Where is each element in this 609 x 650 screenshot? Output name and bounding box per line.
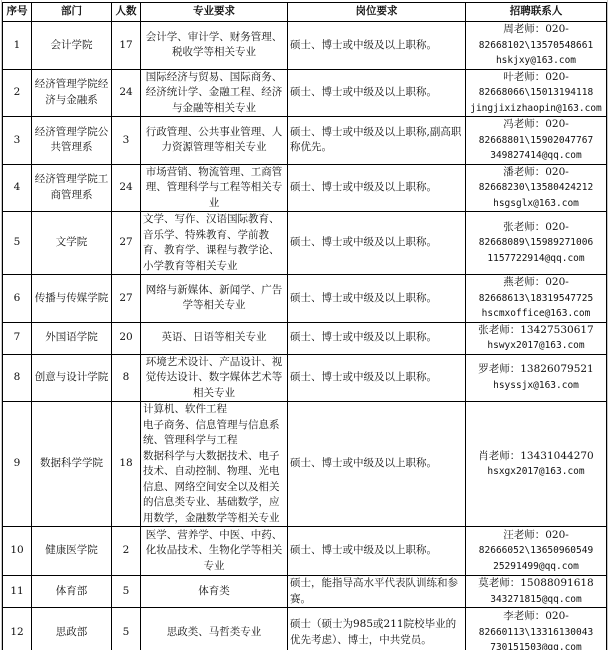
header-position: 岗位要求	[288, 3, 466, 22]
contact-name: 罗老师：13826079521	[468, 362, 604, 378]
cell-dept: 传播与传媒学院	[32, 275, 112, 323]
cell-contact: 张老师：13427530617 hswyx2017@163.com	[466, 322, 607, 354]
cell-contact: 李老师：020- 82660113\13316130043 730151503@…	[466, 608, 607, 650]
table-row: 7 外国语学院 20 英语、日语等相关专业 硕士、博士或中级及以上职称。 张老师…	[3, 322, 607, 354]
contact-phone: 82668801\15902047767	[468, 133, 604, 149]
cell-position: 硕士（硕士为985或211院校毕业的优先考虑）、博士，中共党员。	[288, 608, 466, 650]
cell-count: 24	[112, 69, 141, 117]
contact-phone: 82666052\13650960549	[468, 543, 604, 559]
cell-position: 硕士、博士或中级及以上职称。	[288, 22, 466, 70]
table-row: 11 体育部 5 体育类 硕士，能指导高水平代表队训练和参赛。 莫老师：1508…	[3, 576, 607, 608]
header-contact: 招聘联系人	[466, 3, 607, 22]
cell-dept: 数据科学学院	[32, 402, 112, 527]
cell-major: 文学、写作、汉语国际教育、音乐学、特殊教育、学前教育、教育学、课程与教学论、小学…	[141, 212, 288, 275]
cell-count: 8	[112, 354, 141, 402]
contact-name: 汪老师：020-	[468, 528, 604, 544]
cell-count: 5	[112, 608, 141, 650]
table-row: 12 思政部 5 思政类、马哲类专业 硕士（硕士为985或211院校毕业的优先考…	[3, 608, 607, 650]
contact-email[interactable]: hsxgx2017@163.com	[468, 464, 604, 480]
contact-name: 叶老师：020-	[468, 70, 604, 86]
cell-position: 硕士、博士或中级及以上职称。	[288, 402, 466, 527]
contact-phone: 82668066\15013194118	[468, 85, 604, 101]
contact-email[interactable]: hswyx2017@163.com	[468, 338, 604, 354]
cell-dept: 文学院	[32, 212, 112, 275]
cell-no: 1	[3, 22, 32, 70]
cell-dept: 体育部	[32, 576, 112, 608]
contact-phone: 82668613\18319547725	[468, 291, 604, 307]
contact-name: 冯老师：020-	[468, 117, 604, 133]
cell-count: 18	[112, 402, 141, 527]
cell-position: 硕士、博士或中级及以上职称。	[288, 354, 466, 402]
cell-major: 行政管理、公共事业管理、人力资源管理等相关专业	[141, 117, 288, 165]
contact-email[interactable]: 349827414@qq.com	[468, 148, 604, 164]
cell-position: 硕士、博士或中级及以上职称。	[288, 275, 466, 323]
contact-phone: 82668230\13580424212	[468, 180, 604, 196]
cell-contact: 罗老师：13826079521 hsyssjx@163.com	[466, 354, 607, 402]
contact-email[interactable]: 25291499@qq.com	[468, 559, 604, 575]
contact-name: 张老师：13427530617	[468, 323, 604, 339]
table-row: 8 创意与设计学院 8 环境艺术设计、产品设计、视觉传达设计、数字媒体艺术等相关…	[3, 354, 607, 402]
cell-position: 硕士、博士或中级及以上职称。	[288, 164, 466, 212]
cell-dept: 外国语学院	[32, 322, 112, 354]
cell-major: 会计学、审计学、财务管理、税收学等相关专业	[141, 22, 288, 70]
major-line: 计算机、软件工程	[143, 402, 285, 418]
contact-email[interactable]: 730151503@qq.com	[468, 640, 604, 650]
header-row: 序号 部门 人数 专业要求 岗位要求 招聘联系人	[3, 3, 607, 22]
cell-no: 9	[3, 402, 32, 527]
contact-email[interactable]: hsgsglx@163.com	[468, 196, 604, 212]
major-line: 电子商务、信息管理与信息系统、管理科学与工程	[143, 418, 285, 449]
contact-name: 莫老师：15088091618	[468, 576, 604, 592]
page-right-rule	[607, 0, 608, 650]
contact-email[interactable]: 343271815@qq.com	[468, 592, 604, 608]
cell-position: 硕士，能指导高水平代表队训练和参赛。	[288, 576, 466, 608]
cell-no: 2	[3, 69, 32, 117]
cell-dept: 会计学院	[32, 22, 112, 70]
cell-count: 20	[112, 322, 141, 354]
contact-email[interactable]: jingjixizhaopin@163.com	[468, 101, 604, 117]
header-no: 序号	[3, 3, 32, 22]
contact-name: 李老师：020-	[468, 609, 604, 625]
cell-count: 27	[112, 275, 141, 323]
cell-no: 3	[3, 117, 32, 165]
cell-count: 17	[112, 22, 141, 70]
cell-dept: 思政部	[32, 608, 112, 650]
cell-position: 硕士、博士或中级及以上职称。	[288, 212, 466, 275]
contact-name: 燕老师：020-	[468, 275, 604, 291]
contact-phone: 82668102\13570548661	[468, 38, 604, 54]
cell-position: 硕士、博士或中级及以上职称,副高职称优先。	[288, 117, 466, 165]
cell-major: 体育类	[141, 576, 288, 608]
table-row: 10 健康医学院 2 医学、营养学、中医、中药、化妆品技术、生物化学等相关专业 …	[3, 527, 607, 576]
cell-dept: 创意与设计学院	[32, 354, 112, 402]
cell-major: 国际经济与贸易、国际商务、经济统计学、金融工程、经济与金融等相关专业	[141, 69, 288, 117]
contact-phone: 82660113\13316130043	[468, 625, 604, 641]
cell-major: 思政类、马哲类专业	[141, 608, 288, 650]
table-row: 4 经济管理学院工商管理系 24 市场营销、物流管理、工商管理、管理科学与工程等…	[3, 164, 607, 212]
cell-major: 市场营销、物流管理、工商管理、管理科学与工程等相关专业	[141, 164, 288, 212]
contact-name: 肖老师：13431044270	[468, 449, 604, 465]
cell-position: 硕士、博士或中级及以上职称。	[288, 527, 466, 576]
cell-no: 12	[3, 608, 32, 650]
cell-contact: 周老师：020- 82668102\13570548661 hskjxy@163…	[466, 22, 607, 70]
contact-name: 潘老师：020-	[468, 165, 604, 181]
table-row: 6 传播与传媒学院 27 网络与新媒体、新闻学、广告学等相关专业 硕士、博士或中…	[3, 275, 607, 323]
cell-contact: 燕老师：020- 82668613\18319547725 hscmxoffic…	[466, 275, 607, 323]
table-row: 9 数据科学学院 18 计算机、软件工程 电子商务、信息管理与信息系统、管理科学…	[3, 402, 607, 527]
header-dept: 部门	[32, 3, 112, 22]
table-row: 5 文学院 27 文学、写作、汉语国际教育、音乐学、特殊教育、学前教育、教育学、…	[3, 212, 607, 275]
contact-email[interactable]: hsyssjx@163.com	[468, 378, 604, 394]
contact-name: 张老师：020-	[468, 220, 604, 236]
cell-position: 硕士、博士或中级及以上职称。	[288, 322, 466, 354]
cell-contact: 叶老师：020- 82668066\15013194118 jingjixizh…	[466, 69, 607, 117]
contact-email[interactable]: hscmxoffice@163.com	[468, 306, 604, 322]
cell-contact: 张老师：020- 82668089\15989271006 1157722914…	[466, 212, 607, 275]
contact-email[interactable]: hskjxy@163.com	[468, 53, 604, 69]
table-row: 2 经济管理学院经济与金融系 24 国际经济与贸易、国际商务、经济统计学、金融工…	[3, 69, 607, 117]
cell-no: 8	[3, 354, 32, 402]
cell-dept: 健康医学院	[32, 527, 112, 576]
contact-name: 周老师：020-	[468, 22, 604, 38]
table-row: 3 经济管理学院公共管理系 3 行政管理、公共事业管理、人力资源管理等相关专业 …	[3, 117, 607, 165]
table-row: 1 会计学院 17 会计学、审计学、财务管理、税收学等相关专业 硕士、博士或中级…	[3, 22, 607, 70]
recruitment-table: 序号 部门 人数 专业要求 岗位要求 招聘联系人 1 会计学院 17 会计学、审…	[2, 2, 607, 650]
cell-contact: 莫老师：15088091618 343271815@qq.com	[466, 576, 607, 608]
cell-contact: 汪老师：020- 82666052\13650960549 25291499@q…	[466, 527, 607, 576]
cell-contact: 潘老师：020- 82668230\13580424212 hsgsglx@16…	[466, 164, 607, 212]
header-major: 专业要求	[141, 3, 288, 22]
cell-no: 11	[3, 576, 32, 608]
cell-dept: 经济管理学院工商管理系	[32, 164, 112, 212]
cell-no: 6	[3, 275, 32, 323]
cell-major: 环境艺术设计、产品设计、视觉传达设计、数字媒体艺术等相关专业	[141, 354, 288, 402]
cell-dept: 经济管理学院经济与金融系	[32, 69, 112, 117]
cell-no: 10	[3, 527, 32, 576]
cell-contact: 肖老师：13431044270 hsxgx2017@163.com	[466, 402, 607, 527]
cell-major: 网络与新媒体、新闻学、广告学等相关专业	[141, 275, 288, 323]
major-line: 数据科学与大数据技术、电子技术、自动控制、物理、光电信息、网络空间安全以及相关的…	[143, 449, 285, 527]
cell-no: 4	[3, 164, 32, 212]
cell-count: 27	[112, 212, 141, 275]
cell-count: 24	[112, 164, 141, 212]
contact-phone: 82668089\15989271006	[468, 235, 604, 251]
cell-major: 英语、日语等相关专业	[141, 322, 288, 354]
cell-no: 5	[3, 212, 32, 275]
cell-contact: 冯老师：020- 82668801\15902047767 349827414@…	[466, 117, 607, 165]
cell-no: 7	[3, 322, 32, 354]
cell-major: 医学、营养学、中医、中药、化妆品技术、生物化学等相关专业	[141, 527, 288, 576]
cell-major: 计算机、软件工程 电子商务、信息管理与信息系统、管理科学与工程 数据科学与大数据…	[141, 402, 288, 527]
cell-position: 硕士、博士或中级及以上职称。	[288, 69, 466, 117]
cell-count: 5	[112, 576, 141, 608]
cell-count: 3	[112, 117, 141, 165]
cell-dept: 经济管理学院公共管理系	[32, 117, 112, 165]
contact-email[interactable]: 1157722914@qq.com	[468, 251, 604, 267]
cell-count: 2	[112, 527, 141, 576]
header-count: 人数	[112, 3, 141, 22]
